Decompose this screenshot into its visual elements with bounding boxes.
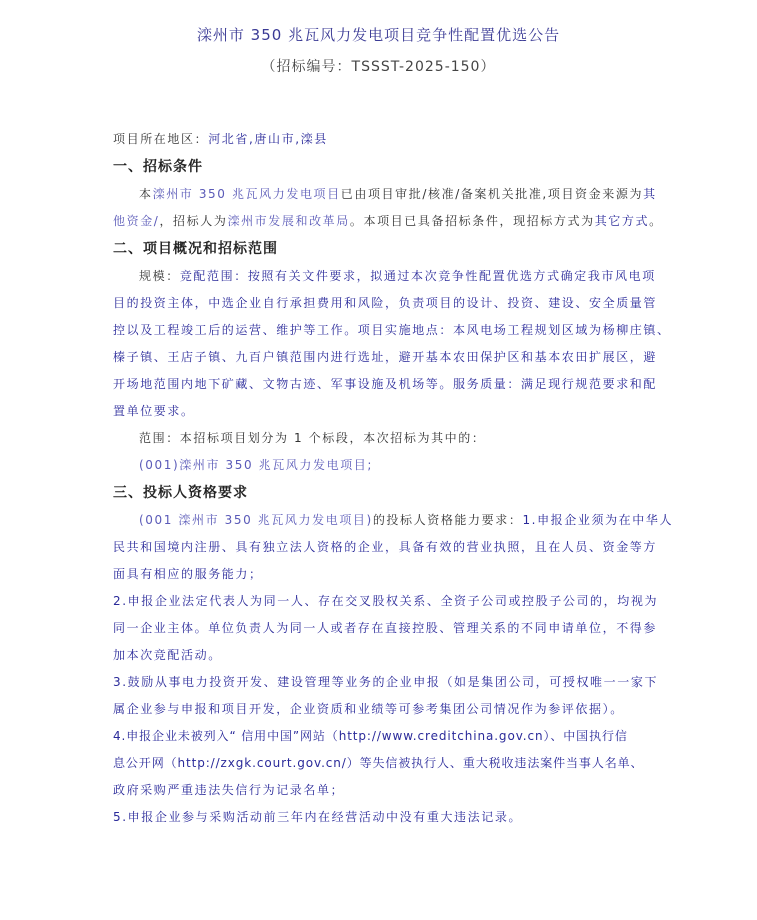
requirement-4: 4.申报企业未被列入“ 信用中国”网站（http://www.creditchi… <box>113 723 653 750</box>
requirement-5: 5.申报企业参与采购活动前三年内在经营活动中没有重大违法记录。 <box>113 804 653 831</box>
paragraph-line: 目的投资主体，中选企业自行承担费用和风险，负责项目的设计、投资、建设、安全质量管 <box>113 290 653 317</box>
paragraph-line: 加本次竞配活动。 <box>113 642 653 669</box>
paragraph-line: 本滦州市 350 兆瓦风力发电项目已由项目审批/核准/备案机关批准,项目资金来源… <box>113 181 653 208</box>
paragraph-line: 同一企业主体。单位负责人为同一人或者存在直接控股、管理关系的不同申请单位，不得参 <box>113 615 653 642</box>
paragraph-line: 民共和国境内注册、具有独立法人资格的企业，具备有效的营业执照，且在人员、资金等方 <box>113 534 653 561</box>
project-region: 项目所在地区：河北省,唐山市,滦县 <box>113 126 653 153</box>
section-heading-bidder-qualifications: 三、投标人资格要求 <box>113 479 653 507</box>
page-title: 滦州市 350 兆瓦风力发电项目竞争性配置优选公告 <box>0 24 757 45</box>
requirement-3: 3.鼓励从事电力投资开发、建设管理等业务的企业申报（如是集团公司，可授权唯一一家… <box>113 669 653 696</box>
tender-number: （招标编号：TSSST-2025-150） <box>0 56 757 76</box>
paragraph-line: 政府采购严重违法失信行为记录名单； <box>113 777 653 804</box>
paragraph-line: 置单位要求。 <box>113 398 653 425</box>
region-value: 河北省,唐山市,滦县 <box>208 132 328 146</box>
requirement-2: 2.申报企业法定代表人为同一人、存在交叉股权关系、全资子公司或控股子公司的，均视… <box>113 588 653 615</box>
paragraph-line: 息公开网（http://zxgk.court.gov.cn/）等失信被执行人、重… <box>113 750 653 777</box>
paragraph-line: 面具有相应的服务能力； <box>113 561 653 588</box>
lot-item: (001)滦州市 350 兆瓦风力发电项目; <box>113 452 653 479</box>
paragraph-line: 他资金/，招标人为滦州市发展和改革局。本项目已具备招标条件，现招标方式为其它方式… <box>113 208 653 235</box>
region-label: 项目所在地区： <box>113 132 208 146</box>
section-heading-project-overview: 二、项目概况和招标范围 <box>113 235 653 263</box>
scope-line: 范围：本招标项目划分为 1 个标段，本次招标为其中的： <box>113 425 653 452</box>
paragraph-line: 榛子镇、王店子镇、九百户镇范围内进行选址，避开基本农田保护区和基本农田扩展区，避 <box>113 344 653 371</box>
paragraph-line: 规模：竞配范围：按照有关文件要求，拟通过本次竞争性配置优选方式确定我市风电项 <box>113 263 653 290</box>
section-heading-tender-conditions: 一、招标条件 <box>113 153 653 181</box>
announcement-body: 项目所在地区：河北省,唐山市,滦县 一、招标条件 本滦州市 350 兆瓦风力发电… <box>113 126 653 831</box>
paragraph-line: 开场地范围内地下矿藏、文物古迹、军事设施及机场等。服务质量：满足现行规范要求和配 <box>113 371 653 398</box>
paragraph-line: 控以及工程竣工后的运营、维护等工作。项目实施地点：本风电场工程规划区域为杨柳庄镇… <box>113 317 653 344</box>
paragraph-line: 属企业参与申报和项目开发，企业资质和业绩等可参考集团公司情况作为参评依据）。 <box>113 696 653 723</box>
paragraph-line: (001 滦州市 350 兆瓦风力发电项目)的投标人资格能力要求：1.申报企业须… <box>113 507 653 534</box>
